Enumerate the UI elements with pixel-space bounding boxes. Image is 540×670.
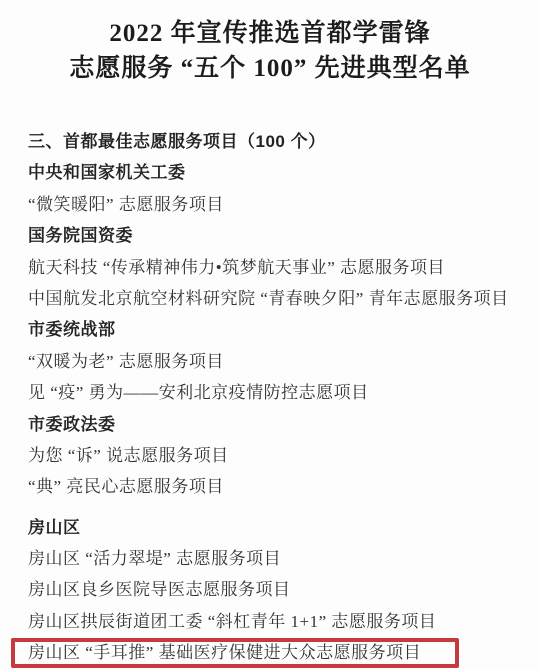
highlight-box: 房山区 “手耳推” 基础医疗保健进大众志愿服务项目 — [11, 638, 459, 668]
org-heading-sasac: 国务院国资委 — [28, 220, 540, 251]
section-heading: 三、首都最佳志愿服务项目（100 个） — [28, 126, 540, 157]
title-line-1: 2022 年宣传推选首都学雷锋 — [0, 16, 540, 51]
org-heading-united-front: 市委统战部 — [28, 314, 540, 345]
project-item: 为您 “诉” 说志愿服务项目 — [28, 440, 540, 471]
project-item: 房山区良乡医院导医志愿服务项目 — [28, 574, 540, 605]
document-page: 2022 年宣传推选首都学雷锋 志愿服务 “五个 100” 先进典型名单 三、首… — [0, 0, 540, 670]
project-item: “微笑暖阳” 志愿服务项目 — [28, 189, 540, 220]
project-item: “双暖为老” 志愿服务项目 — [28, 346, 540, 377]
project-item: 见 “疫” 勇为——安利北京疫情防控志愿项目 — [28, 377, 540, 408]
project-item: 房山区拱辰街道团工委 “斜杠青年 1+1” 志愿服务项目 — [28, 606, 540, 637]
project-item: 房山区 “活力翠堤” 志愿服务项目 — [28, 543, 540, 574]
org-heading-central-state-organs: 中央和国家机关工委 — [28, 157, 540, 188]
document-body: 三、首都最佳志愿服务项目（100 个） 中央和国家机关工委 “微笑暖阳” 志愿服… — [0, 126, 540, 669]
project-item: “典” 亮民心志愿服务项目 — [28, 471, 540, 502]
project-item: 航天科技 “传承精神伟力•筑梦航天事业” 志愿服务项目 — [28, 252, 540, 283]
project-item: 中国航发北京航空材料研究院 “青春映夕阳” 青年志愿服务项目 — [28, 283, 540, 314]
org-heading-political-legal: 市委政法委 — [28, 409, 540, 440]
org-heading-fangshan: 房山区 — [28, 512, 540, 543]
highlighted-project-row: 房山区 “手耳推” 基础医疗保健进大众志愿服务项目 — [28, 637, 540, 668]
title-line-2: 志愿服务 “五个 100” 先进典型名单 — [0, 51, 540, 86]
document-title: 2022 年宣传推选首都学雷锋 志愿服务 “五个 100” 先进典型名单 — [0, 0, 540, 86]
project-item-highlighted: 房山区 “手耳推” 基础医疗保健进大众志愿服务项目 — [28, 643, 421, 662]
